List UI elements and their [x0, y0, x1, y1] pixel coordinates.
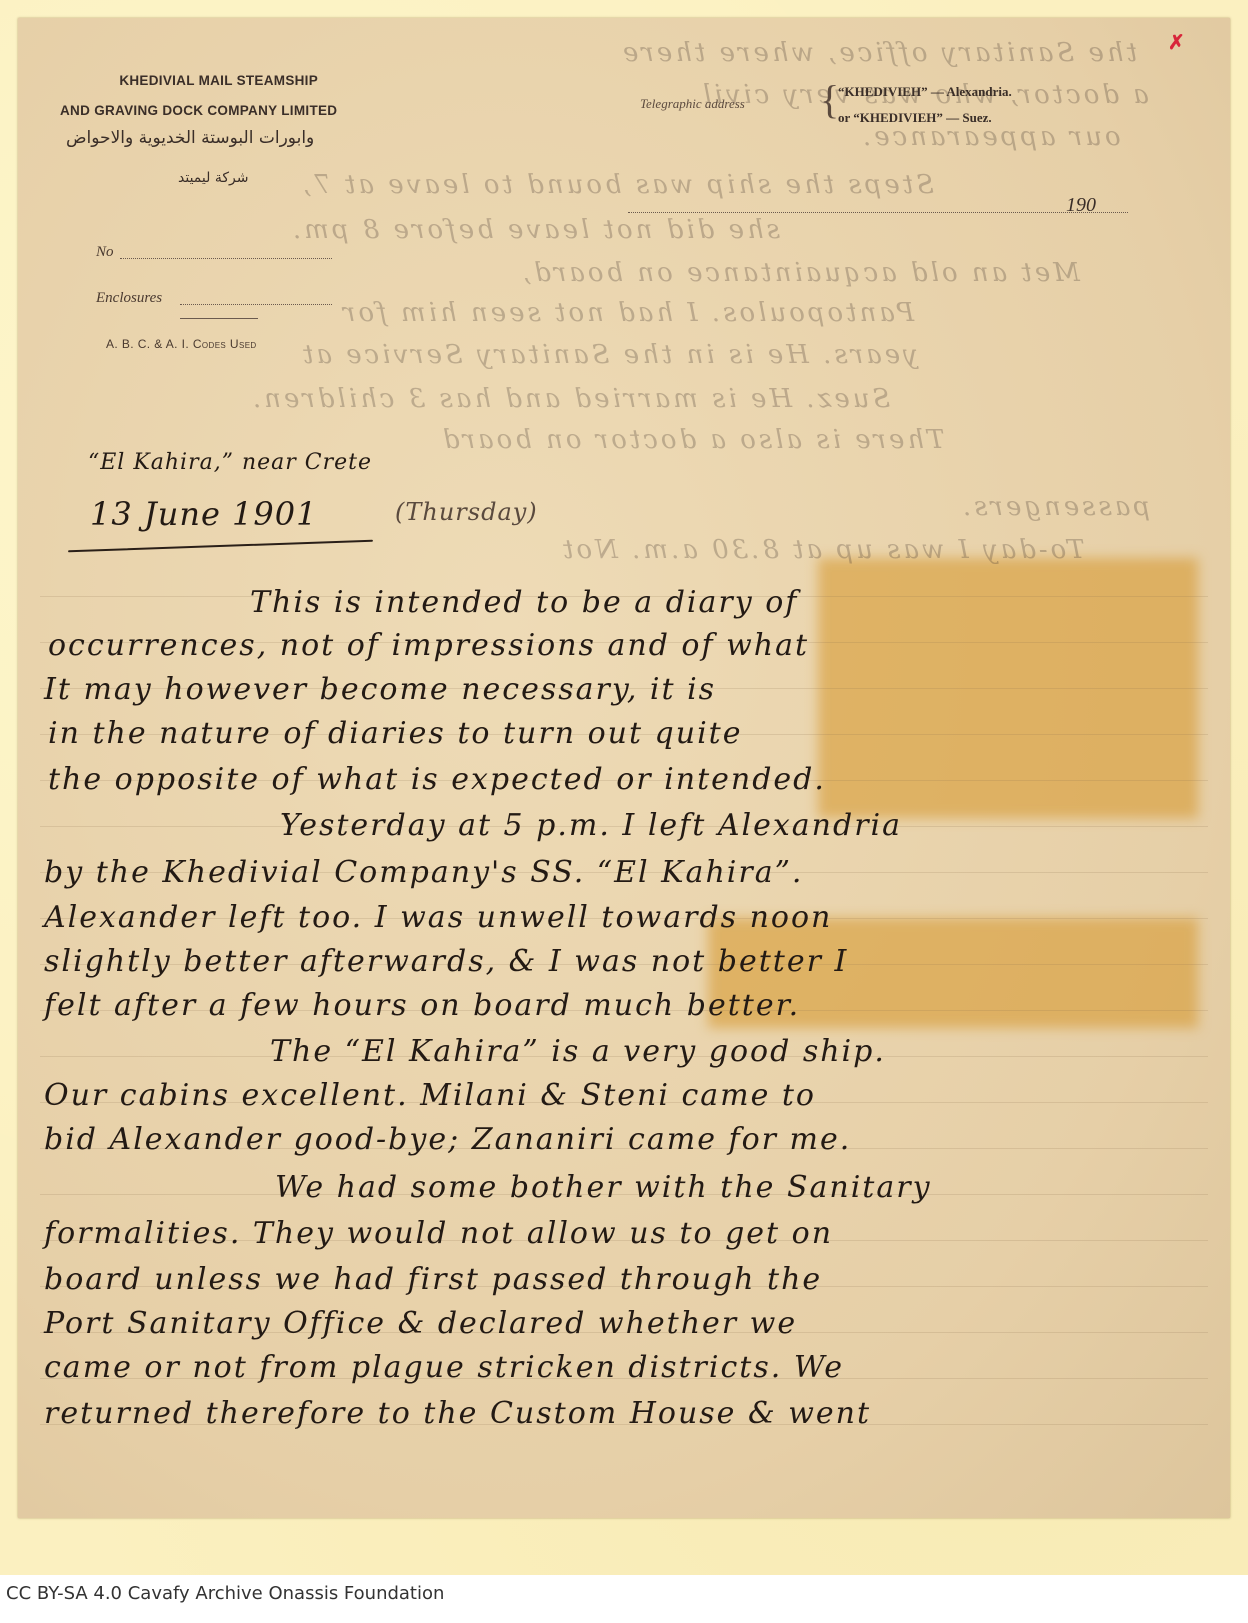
company-name-arabic: وابورات البوستة الخديوية والاحواض — [66, 128, 314, 148]
brace-glyph: { — [820, 80, 839, 120]
telegraphic-label: Telegraphic address — [640, 96, 745, 112]
year-prefix: 190 — [1066, 194, 1096, 217]
enclosures-line — [180, 304, 332, 305]
body-line: Port Sanitary Office & declared whether … — [44, 1306, 797, 1341]
body-line: We had some bother with the Sanitary — [275, 1170, 932, 1205]
license-caption: CC BY-SA 4.0 Cavafy Archive Onassis Foun… — [6, 1583, 444, 1604]
body-line: came or not from plague stricken distric… — [44, 1350, 844, 1385]
body-line: formalities. They would not allow us to … — [44, 1216, 833, 1251]
company-name: KHEDIVIAL MAIL STEAMSHIP AND GRAVING DOC… — [100, 66, 337, 126]
number-label: No — [96, 244, 114, 261]
telegraphic-address-alexandria: “KHEDIVIEH” — Alexandria. — [838, 84, 1012, 100]
body-line: The “El Kahira” is a very good ship. — [270, 1034, 886, 1069]
date-line — [628, 212, 1128, 213]
telegraphic-address-suez: or “KHEDIVIEH” — Suez. — [838, 110, 992, 126]
letter-day: (Thursday) — [395, 498, 538, 526]
divider — [180, 318, 258, 319]
body-line: board unless we had first passed through… — [44, 1262, 822, 1297]
body-line: returned therefore to the Custom House &… — [44, 1396, 871, 1431]
body-line: by the Khedivial Company's SS. “El Kahir… — [44, 855, 803, 890]
red-cross-mark: ✗ — [1168, 30, 1185, 55]
body-line: Yesterday at 5 p.m. I left Alexandria — [280, 808, 902, 843]
body-line: It may however become necessary, it is — [44, 672, 716, 707]
company-suffix-arabic: شركة ليميتد — [178, 170, 248, 186]
letter-place: “El Kahira,” near Crete — [88, 450, 372, 475]
body-line: slightly better afterwards, & I was not … — [44, 944, 848, 979]
body-line: This is intended to be a diary of — [250, 585, 798, 620]
number-line — [120, 258, 332, 259]
body-line: bid Alexander good-bye; Zananiri came fo… — [44, 1122, 851, 1157]
body-line: Alexander left too. I was unwell towards… — [44, 900, 832, 935]
body-line: in the nature of diaries to turn out qui… — [48, 716, 742, 751]
body-line: occurrences, not of impressions and of w… — [48, 628, 809, 663]
body-line: Our cabins excellent. Milani & Steni cam… — [44, 1078, 816, 1113]
body-line: felt after a few hours on board much bet… — [44, 988, 800, 1023]
letter-date: 13 June 1901 — [90, 495, 317, 533]
enclosures-label: Enclosures — [96, 290, 162, 307]
body-line: the opposite of what is expected or inte… — [48, 762, 826, 797]
codes-used: A. B. C. & A. I. Codes Used — [106, 337, 257, 351]
